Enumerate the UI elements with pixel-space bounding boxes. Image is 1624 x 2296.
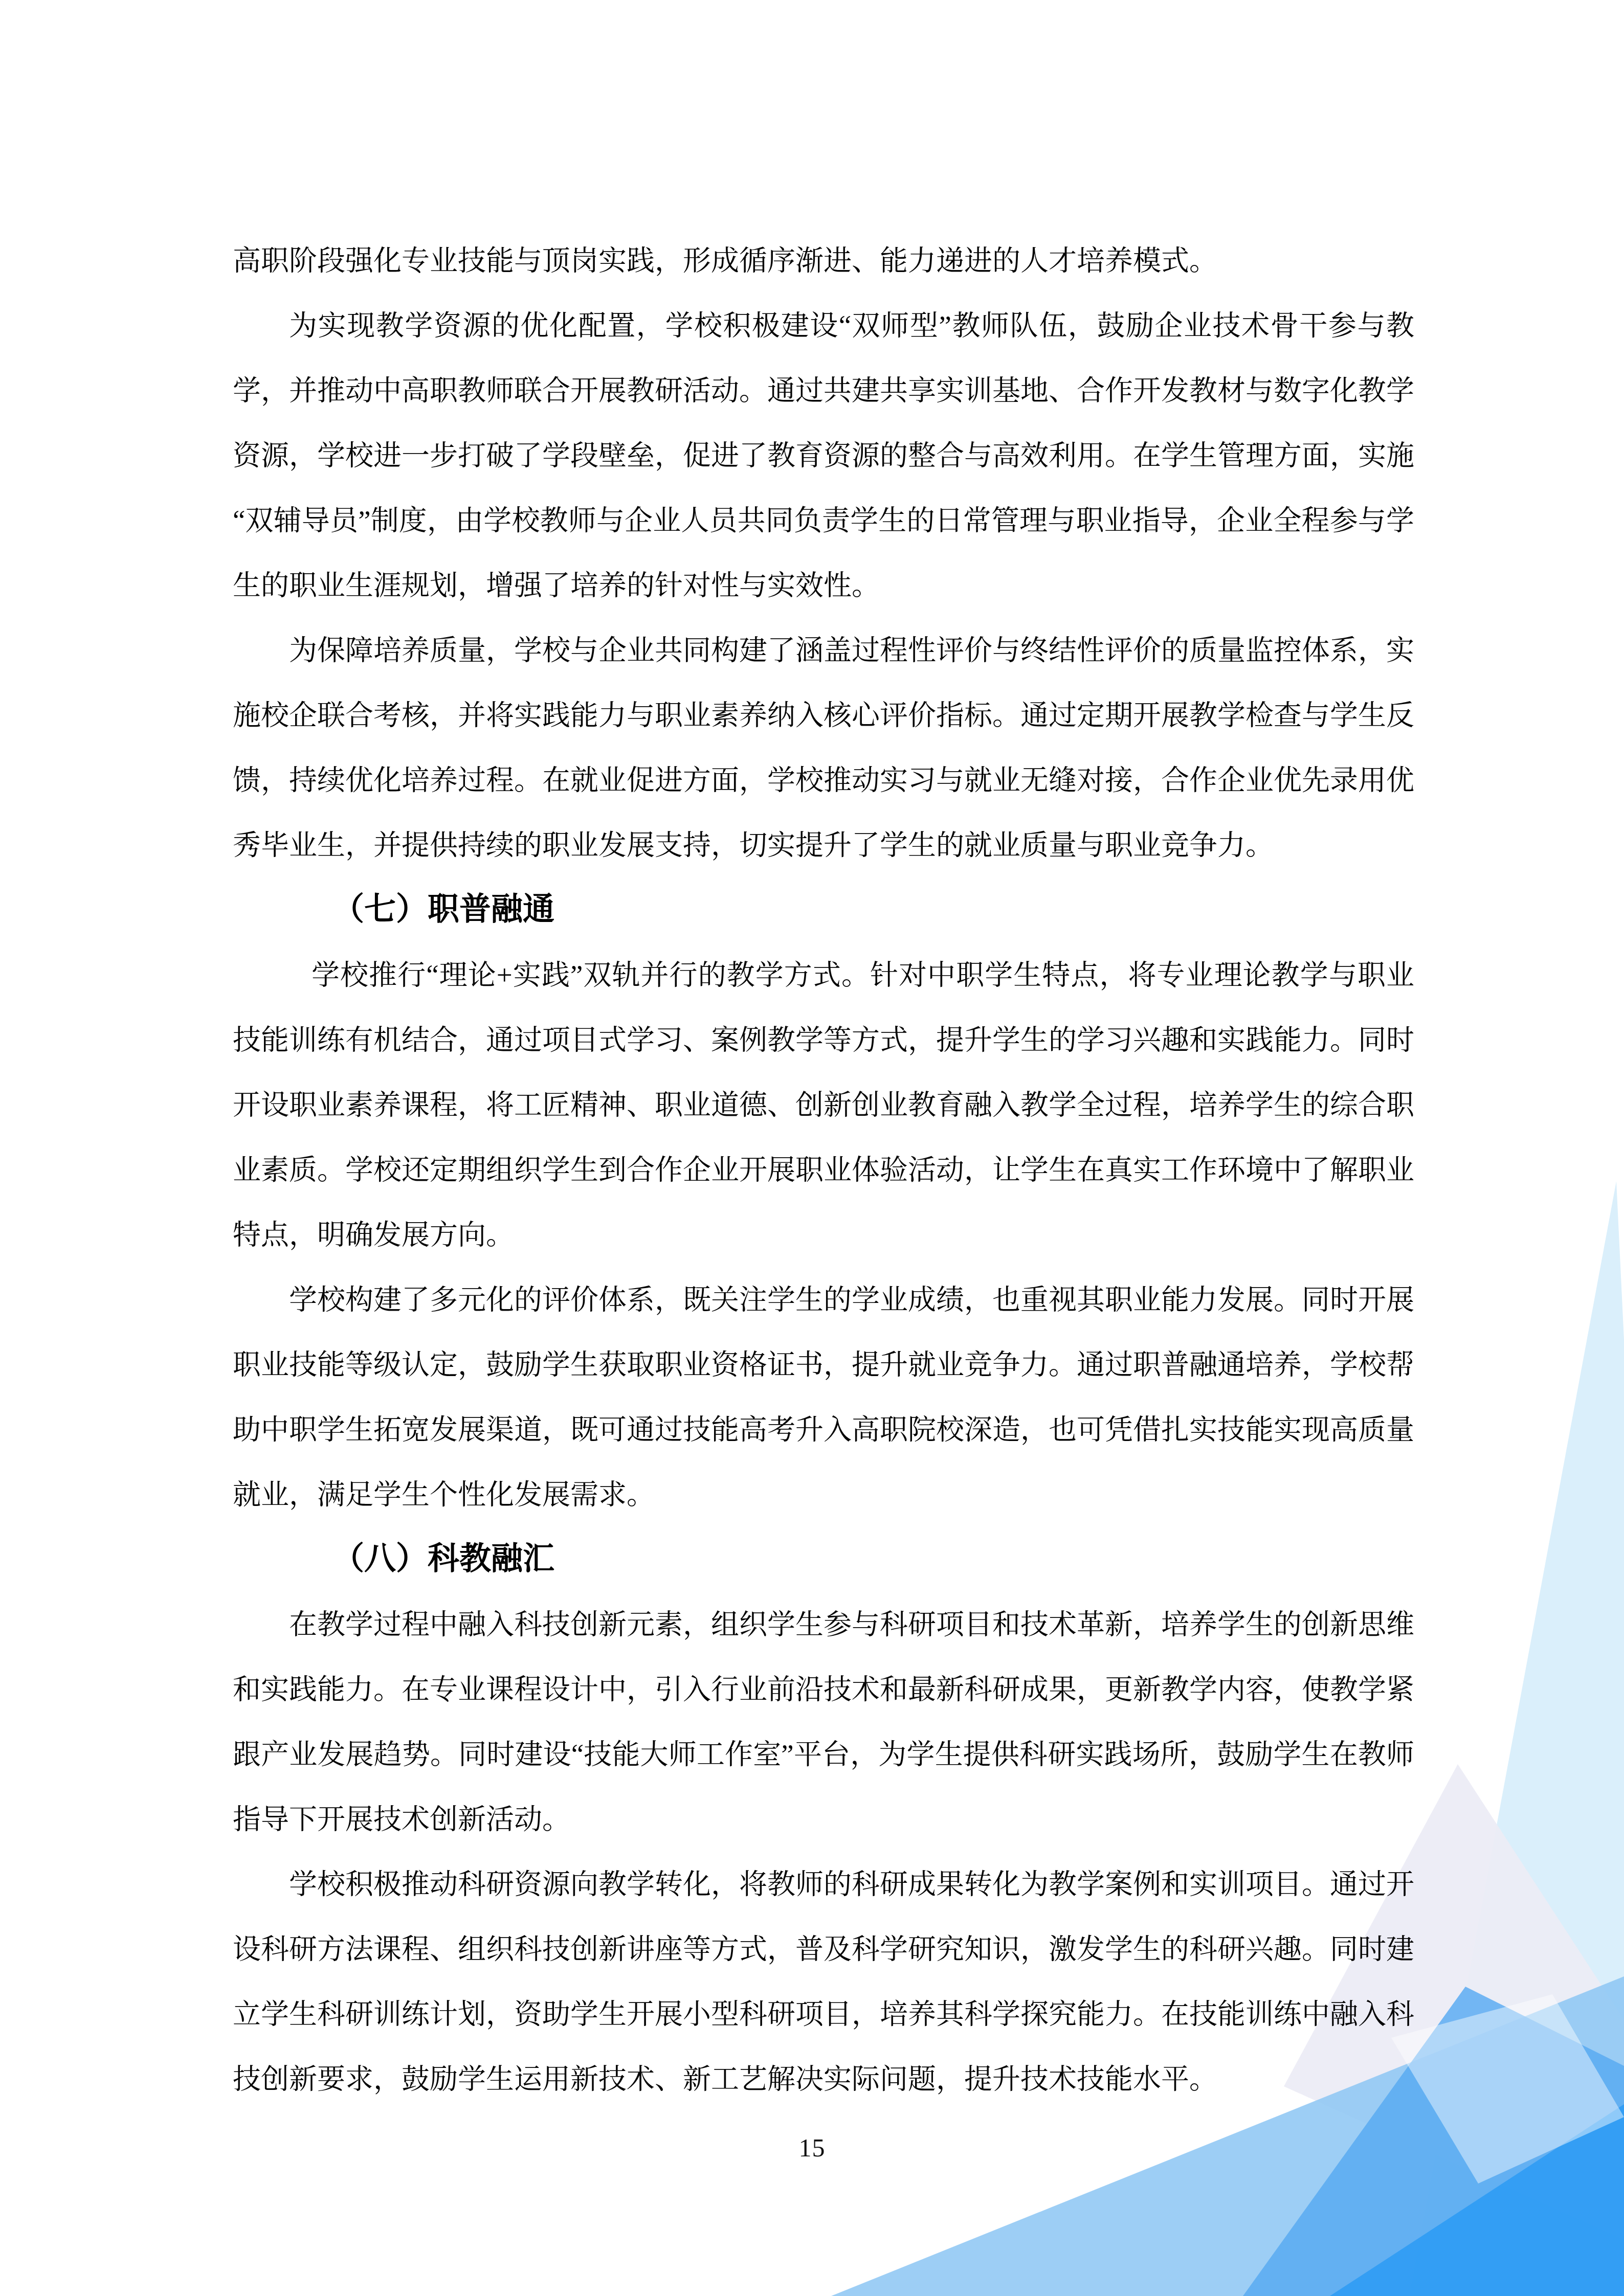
paragraph-continuation: 高职阶段强化专业技能与顶岗实践，形成循序渐进、能力递进的人才培养模式。 xyxy=(233,228,1414,293)
paragraph: 学校推行“理论+实践”双轨并行的教学方式。针对中职学生特点，将专业理论教学与职业… xyxy=(233,942,1414,1267)
section-heading-8: （八）科教融汇 xyxy=(233,1527,1414,1592)
section-heading-7: （七）职普融通 xyxy=(233,877,1414,942)
paragraph: 在教学过程中融入科技创新元素，组织学生参与科研项目和技术革新，培养学生的创新思维… xyxy=(233,1592,1414,1852)
page-number: 15 xyxy=(799,2133,826,2162)
paragraph: 学校构建了多元化的评价体系，既关注学生的学业成绩，也重视其职业能力发展。同时开展… xyxy=(233,1267,1414,1527)
page-footer: 15 xyxy=(0,2122,1624,2173)
paragraph: 为实现教学资源的优化配置，学校积极建设“双师型”教师队伍，鼓励企业技术骨干参与教… xyxy=(233,293,1414,618)
paragraph: 为保障培养质量，学校与企业共同构建了涵盖过程性评价与终结性评价的质量监控体系，实… xyxy=(233,618,1414,877)
document-body: 高职阶段强化专业技能与顶岗实践，形成循序渐进、能力递进的人才培养模式。 为实现教… xyxy=(233,228,1414,2111)
document-page: 高职阶段强化专业技能与顶岗实践，形成循序渐进、能力递进的人才培养模式。 为实现教… xyxy=(0,0,1624,2296)
paragraph: 学校积极推动科研资源向教学转化，将教师的科研成果转化为教学案例和实训项目。通过开… xyxy=(233,1852,1414,2111)
